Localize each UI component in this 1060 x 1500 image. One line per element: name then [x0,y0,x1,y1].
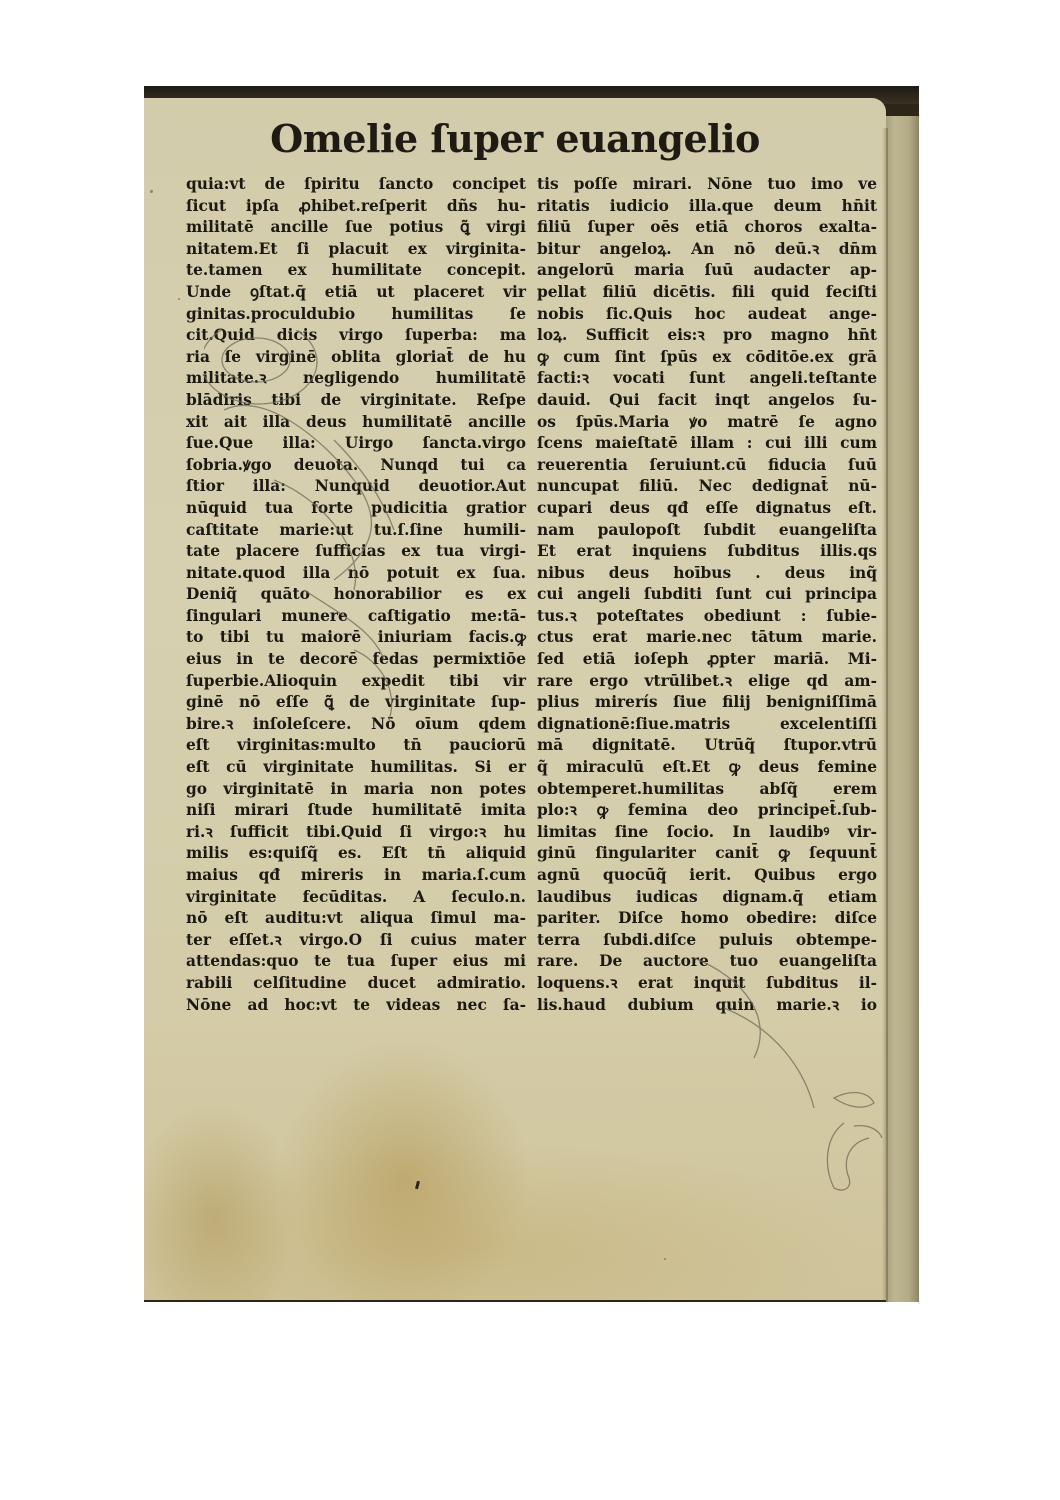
text-line: to tibi tu maiorē iniuriam facis.ꝙ [186,627,526,649]
text-line: ria ſe virginē oblita gloriat̄ de hu [186,347,526,369]
running-title: Omelie ſuper euangelio [144,116,886,161]
text-line: lis.haud dubium quin marie.ꝛ io [537,995,877,1017]
text-line: Deniq̃ quāto honorabilior es ex [186,584,526,606]
text-line: os ſpūs.Maria ꝟo matrē ſe agno [537,412,877,434]
text-line: militate.ꝛ negligendo humilitatē [186,368,526,390]
text-line: mā dignitatē. Utrūq̃ ſtupor.vtrū [537,735,877,757]
text-line: ſobria.ꝟgo deuota. Nunqd tui ca [186,455,526,477]
text-line: nitatem.Et ſi placuit ex virginita- [186,239,526,261]
text-line: ꝙ cum ſint ſpūs ex cōditōe.ex grā [537,347,877,369]
text-line: xit ait illa deus humilitatē ancille [186,412,526,434]
text-line: cit.Quid dicis virgo ſuperba: ma [186,325,526,347]
text-line: ſed etiā ioſeph ꝓpter mariā. Mi- [537,649,877,671]
text-line: limitas ſine ſocio. In laudibꝰ vir- [537,822,877,844]
paper-speck [664,1258,666,1260]
text-line: tus.ꝛ poteſtates obediunt : ſubie- [537,606,877,628]
text-line: plius mirerís ſiue filij benigniſſimā [537,692,877,714]
text-line: caſtitate marie:ut tu.ſ.ſine humili- [186,520,526,542]
paper-speck [856,398,859,401]
text-line: cupari deus qđ eſſe dignatus eſt. [537,498,877,520]
text-line: nūquid tua forte pudicitia gratior [186,498,526,520]
text-line: ginē nō eſſe ꝗ̃ de virginitate ſup- [186,692,526,714]
text-line: niſi mirari ſtude humilitatē imita [186,800,526,822]
text-line: attendas:quo te tua ſuper eius mi [186,951,526,973]
text-line: ſtior illa: Nunquid deuotior.Aut [186,476,526,498]
text-line: ſcens maieſtatē illam : cui illi cum [537,433,877,455]
text-line: q̃ miraculū eſt.Et ꝙ deus femine [537,757,877,779]
text-line: milis es:quiſq̃ es. Eſt tn̄ aliquid [186,843,526,865]
text-line: ginitas.proculdubio humilitas ſe [186,304,526,326]
text-line: loquens.ꝛ erat inquit ſubditus il- [537,973,877,995]
text-line: cui angeli ſubditi ſunt cui principa [537,584,877,606]
text-line: Et erat inquiens ſubditus illis.qs [537,541,877,563]
text-line: ſuperbie.Alioquin expedit tibi vir [186,671,526,693]
text-line: ſicut ipſa ꝓhibet.reſperit dñs hu- [186,196,526,218]
ink-speck [415,1181,420,1190]
text-line: virginitate fecūditas. A ſeculo.n. [186,887,526,909]
text-line: go virginitatē in maria non potes [186,779,526,801]
text-line: tate placere ſufficias ex tua virgi- [186,541,526,563]
book-page: Omelie ſuper euangelio quia:vt de ſpirit… [144,98,886,1300]
text-line: nō eſt auditu:vt aliqua ſimul ma- [186,908,526,930]
text-line: tis poſſe mirari. Nōne tuo imo ve [537,174,877,196]
text-line: ſingulari munere caſtigatio me:tā- [186,606,526,628]
text-line: loꝝ. Sufficit eis:ꝛ pro magno hn̄t [537,325,877,347]
text-line: angelorū maria ſuū audacter ap- [537,260,877,282]
text-line: ctus erat marie.nec tātum marie. [537,627,877,649]
text-line: ginū ſingulariter canit̄ ꝙ ſequunt̄ [537,843,877,865]
text-line: ter eſſet.ꝛ virgo.O ſi cuius mater [186,930,526,952]
text-line: ſue.Que illa: Uirgo ſancta.virgo [186,433,526,455]
text-line: dauid. Qui facit inqt angelos ſu- [537,390,877,412]
text-line: rabili celſitudine ducet admiratio. [186,973,526,995]
text-line: terra ſubdi.diſce puluis obtempe- [537,930,877,952]
text-line: te.tamen ex humilitate concepit. [186,260,526,282]
text-line: ritatis iudicio illa.que deum hn̄it [537,196,877,218]
text-line: nobis ſic.Quis hoc audeat ange- [537,304,877,326]
text-line: rare. De auctore tuo euangeliſta [537,951,877,973]
text-line: maius qđ mireris in maria.ſ.cum [186,865,526,887]
text-line: eius in te decorē fedas permixtiōe [186,649,526,671]
text-column-right: tis poſſe mirari. Nōne tuo imo veritatis… [537,174,877,1016]
text-line: eſt cū virginitate humilitas. Si er [186,757,526,779]
text-line: agnū quocūq̃ ierit. Quibus ergo [537,865,877,887]
page-scan: Omelie ſuper euangelio quia:vt de ſpirit… [144,86,919,1302]
text-line: dignationē:ſiue.matris excelentiſſi [537,714,877,736]
text-line: Unde ꝯſtat.q̄ etiā ut placeret vir [186,282,526,304]
paper-speck [150,190,153,193]
text-line: bitur angeloꝝ. An nō deū.ꝛ dn̄m [537,239,877,261]
text-line: Nōne ad hoc:vt te videas nec ſa- [186,995,526,1017]
text-line: laudibus iudicas dignam.q̄ etiam [537,887,877,909]
text-line: nuncupat filiū. Nec dedignat̄ nū- [537,476,877,498]
text-line: quia:vt de ſpiritu ſancto concipet [186,174,526,196]
text-line: facti:ꝛ vocati ſunt angeli.teſtante [537,368,877,390]
text-line: ri.ꝛ ſufficit tibi.Quid ſi virgo:ꝛ hu [186,822,526,844]
text-line: pellat filiū dicētis. fili quid feciſti [537,282,877,304]
text-line: nam paulopoſt ſubdit euangeliſta [537,520,877,542]
text-line: nibus deus hoībus . deus inq̃ [537,563,877,585]
text-column-left: quia:vt de ſpiritu ſancto concipetſicut … [186,174,526,1016]
text-line: militatē ancille ſue potius ꝗ̃ virgi [186,217,526,239]
text-line: plo:ꝛ ꝙ femina deo principet̄.ſub- [537,800,877,822]
text-line: filiū ſuper oēs etiā choros exalta- [537,217,877,239]
adjacent-leaf-edge [886,116,919,1302]
text-line: nitate.quod illa nō potuit ex ſua. [186,563,526,585]
paper-speck [178,298,180,300]
text-line: rare ergo vtrūlibet.ꝛ elige qd am- [537,671,877,693]
page-edge-shadow [882,128,888,1302]
text-line: pariter. Diſce homo obedire: diſce [537,908,877,930]
text-line: bire.ꝛ inſoleſcere. Nō oīum qdem [186,714,526,736]
text-line: eſt virginitas:multo tn̄ pauciorū [186,735,526,757]
text-line: reuerentia ſeruiunt.cū fiducia ſuū [537,455,877,477]
text-line: blādiris tibi de virginitate. Reſpe [186,390,526,412]
text-line: obtemperet.humilitas abſq̃ erem [537,779,877,801]
